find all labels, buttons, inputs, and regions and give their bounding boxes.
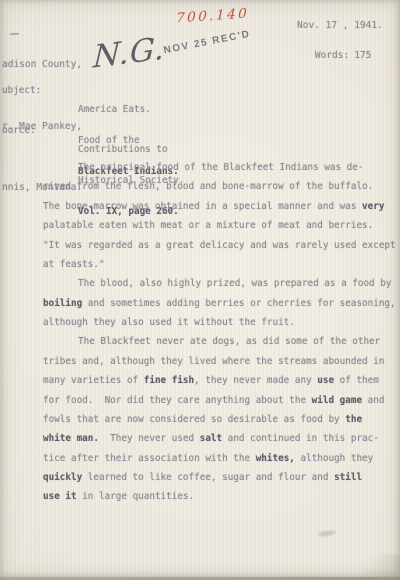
body-line: "It was regarded as a great delicacy and… (43, 236, 396, 255)
body-line: use it in large quantities. (43, 487, 396, 506)
body-line: for food. Nor did they care anything abo… (43, 391, 396, 410)
subject-line: America Eats. (78, 105, 179, 115)
body-text-segment: rived from the flesh, blood and bone-mar… (43, 181, 373, 192)
body-text-segment: and (362, 395, 384, 406)
body-text-segment: tribes and, although they lived where th… (43, 356, 384, 367)
subject-label: ubject: (2, 85, 41, 96)
scan-corner-shading (336, 554, 400, 578)
county-line: adison County, (2, 55, 82, 76)
document-page: adison County, r. Mae Pankey, nnis, Mont… (0, 0, 400, 580)
body-line: white man. They never used salt and cont… (43, 429, 396, 448)
body-line: at feasts." (43, 255, 396, 274)
body-line: tice after their association with the wh… (43, 449, 396, 468)
body-text-segment: The bone-marrow was obtained in a specia… (43, 201, 362, 212)
word-count-value: 175 (354, 50, 371, 61)
body-line: fowls that are now considered so desirab… (43, 410, 396, 429)
body-text-segment: , they never made any (194, 375, 317, 386)
body-text: The principal food of the Blackfeet Indi… (43, 158, 396, 507)
body-text-segment: and sometimes adding berries or cherries… (82, 298, 395, 309)
body-line: many varieties of fine fish, they never … (43, 371, 396, 390)
body-text-segment: "It was regarded as a great delicacy and… (43, 240, 396, 251)
body-text-dark-segment: quickly (43, 472, 82, 483)
word-count-line: Words:175 (292, 39, 371, 72)
body-line: The bone-marrow was obtained in a specia… (43, 197, 396, 216)
body-text-segment: learned to like coffee, sugar and flour … (82, 472, 334, 483)
body-line: although they also used it without the f… (43, 313, 396, 332)
received-stamp: NOV 25 REC'D (163, 29, 252, 57)
source-line: Contributions to (78, 145, 184, 155)
body-text-segment: and continued in this prac- (222, 433, 379, 444)
body-text-dark-segment: salt (200, 433, 222, 444)
body-text-dark-segment: boiling (43, 298, 82, 309)
body-line: rived from the flesh, blood and bone-mar… (43, 177, 396, 196)
body-line: tribes and, although they lived where th… (43, 352, 396, 371)
body-text-dark-segment: the (345, 414, 362, 425)
body-text-segment: The Blackfeet never ate dogs, as did som… (78, 336, 380, 347)
body-text-dark-segment: wild game (312, 395, 362, 406)
body-text-segment: for food. Nor did they care anything abo… (43, 395, 312, 406)
body-text-segment: of them (334, 375, 379, 386)
body-text-segment: although they also used it without the f… (43, 317, 295, 328)
body-line: boiling and sometimes adding berries or … (43, 294, 396, 313)
body-line: The Blackfeet never ate dogs, as did som… (43, 332, 396, 351)
body-text-segment: They never used (99, 433, 200, 444)
body-text-segment: palatable eaten with meat or a mixture o… (43, 220, 373, 231)
body-line: The blood, also highly prized, was prepa… (43, 274, 396, 293)
body-text-dark-segment: very (362, 201, 384, 212)
body-text-segment: The blood, also highly prized, was prepa… (78, 278, 391, 289)
body-text-dark-segment: fine fish (144, 375, 194, 386)
body-line: palatable eaten with meat or a mixture o… (43, 216, 396, 235)
body-text-dark-segment: use it (43, 491, 77, 502)
body-line: The principal food of the Blackfeet Indi… (43, 158, 396, 177)
body-text-dark-segment: use (317, 375, 334, 386)
pencil-smudge (318, 530, 337, 537)
body-text-segment: fowls that are now considered so desirab… (43, 414, 345, 425)
reviewer-initials-handwritten: N.G. (92, 30, 166, 75)
source-label: ource: (2, 125, 36, 136)
body-text-segment: at feasts." (43, 259, 105, 270)
body-text-segment: in large quantities. (77, 491, 195, 502)
word-count-label: Words: (315, 50, 349, 61)
body-text-segment: The principal food of the Blackfeet Indi… (78, 162, 363, 173)
body-text-segment: tice after their association with the (43, 453, 256, 464)
body-text-dark-segment: still (334, 472, 362, 483)
file-number-handwritten: 700.140 (176, 5, 250, 26)
body-text-segment: although they (295, 453, 373, 464)
body-line: quickly learned to like coffee, sugar an… (43, 468, 396, 487)
body-text-dark-segment: white man. (43, 433, 99, 444)
paper-crease-vertical-2 (8, 340, 10, 580)
date-line: Nov. 17 , 1941. (297, 20, 383, 31)
body-text-segment: many varieties of (43, 375, 144, 386)
body-text-dark-segment: whites, (256, 453, 295, 464)
